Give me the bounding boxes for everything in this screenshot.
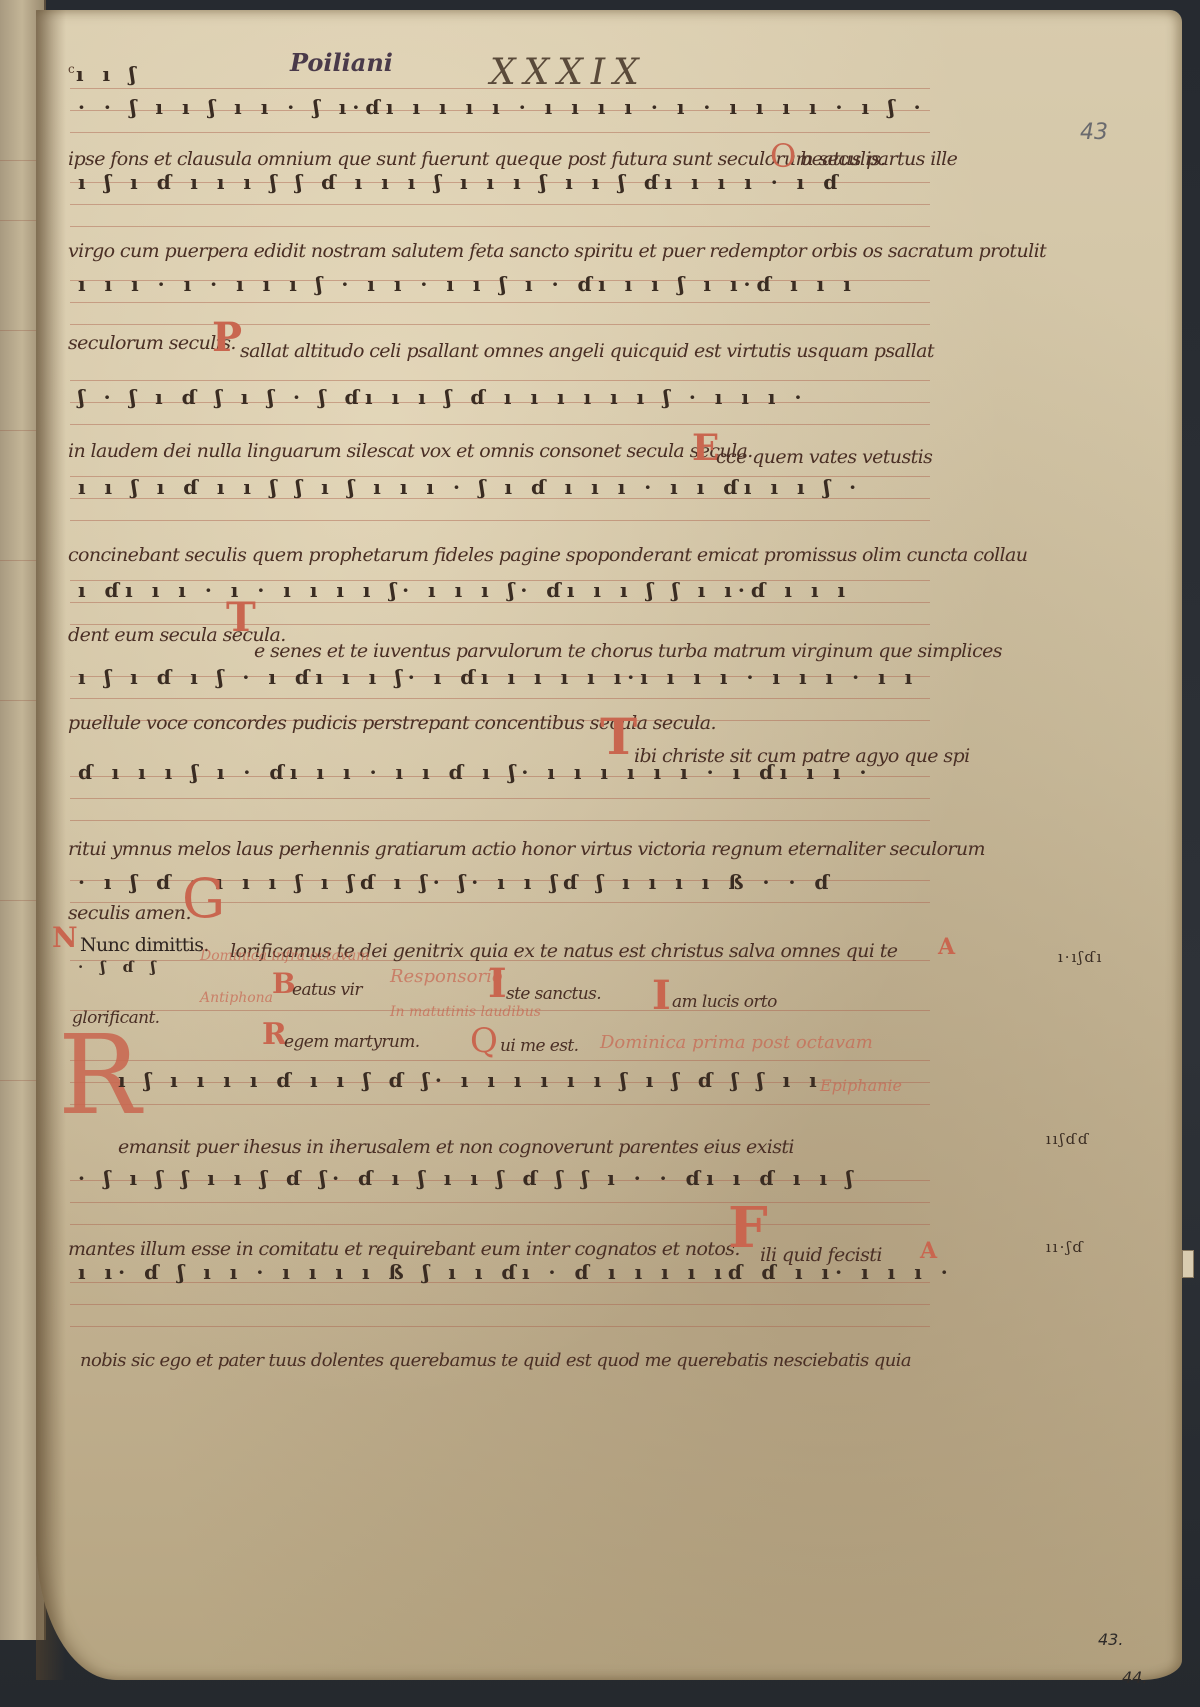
initial-Q: Q [470, 1024, 498, 1058]
text-line-6b: e senes et te iuventus parvulorum te cho… [254, 640, 1002, 662]
bottom-folio-number-2: 44. [1122, 1668, 1147, 1687]
text-line-1b: beatus partus ille [800, 148, 957, 170]
text-line-3b: sallat altitudo celi psallant omnes ange… [240, 340, 934, 362]
cue-iste-sanctus: ste sanctus. [506, 984, 601, 1004]
margin-cue-3: ıı·ʃɗ [1046, 1238, 1085, 1256]
text-line-3: seculorum seculis. [68, 332, 236, 354]
text-line-4b: cce quem vates vetustis [716, 446, 932, 468]
text-line-15: mantes illum esse in comitatu et require… [68, 1238, 740, 1260]
page-tab-marker [1182, 1250, 1194, 1278]
initial-N: N [52, 924, 78, 952]
c-clef: c [68, 62, 75, 76]
text-line-4: in laudem dei nulla linguarum silescat v… [68, 440, 753, 462]
rubric-responsorio: Responsorio [390, 966, 503, 987]
neume-line-3: ı ı ı · ı · ı ı ı ʃ · ı ı · ı ı ʃ ı · ɗı… [78, 272, 857, 296]
neume-line-7: ı ʃ ı ɗ ı ʃ · ı ɗı ı ı ʃ· ı ɗı ı ı ı ı ı… [78, 665, 918, 689]
rubric-epiphanie: Epiphanie [820, 1076, 902, 1095]
rubric-dominica: Dominica prima post octavam [600, 1032, 873, 1053]
neume-line-15: · ʃ ı ʃ ʃ ı ı ʃ ɗ ʃ· ɗ ı ʃ ı ı ʃ ɗ ʃ ʃ ı… [78, 1166, 859, 1190]
rubric-faded-2: Antiphona [200, 990, 273, 1006]
margin-cue-2: ııʃɗɗ [1046, 1130, 1090, 1148]
rubric-faded-1: Dominica infra octavam [200, 948, 369, 964]
cue-regem-martyrum: egem martyrum. [284, 1032, 420, 1052]
running-header: Poiliani [290, 48, 393, 77]
cue-iam-lucis-orto: am lucis orto [672, 992, 777, 1012]
nunc-dimittis-cue: Nunc dimittis. [80, 934, 209, 956]
neume-line-16: ı ı· ɗ ʃ ı ı · ı ı ı ı ß ʃ ı ı ɗı · ɗ ı … [78, 1260, 954, 1284]
neume-line-4: ʃ · ʃ ı ɗ ʃ ı ʃ · ʃ ɗı ı ı ʃ ɗ ı ı ı ı ı… [78, 385, 807, 409]
text-line-16: nobis sic ego et pater tuus dolentes que… [80, 1350, 911, 1371]
neume-line-0: ı ı ʃ [76, 62, 142, 86]
pencil-folio-number: 43 [1080, 120, 1108, 145]
initial-I-2: I [652, 976, 671, 1016]
neume-line-10: · ʃ ɗ ʃ [78, 958, 162, 976]
text-line-2: virgo cum puerpera edidit nostram salute… [68, 240, 1046, 262]
initial-T: T [226, 598, 256, 638]
initial-T-2: T [600, 712, 637, 762]
neume-line-6: ı ɗı ı ı · ı · ı ı ı ı ʃ· ı ı ı ʃ· ɗı ı … [78, 578, 851, 602]
neume-line-8: ɗ ı ı ı ʃ ı · ɗı ı ı · ı ı ɗ ı ʃ· ı ı ı … [78, 760, 872, 784]
end-mark-A: A [938, 936, 955, 958]
gutter-shadow [36, 10, 66, 1680]
neume-line-5: ı ı ʃ ı ɗ ı ı ʃ ʃ ı ʃ ı ı ı · ʃ ı ɗ ı ı … [78, 475, 862, 499]
initial-O: O [770, 140, 796, 172]
end-mark-A-2: A [920, 1240, 937, 1262]
text-line-1: ipse fons et clausula omnium que sunt fu… [68, 148, 885, 170]
cue-beatus-vir: eatus vir [292, 980, 362, 1000]
folio-roman-numeral: XXXIX [490, 52, 647, 93]
rubric-faded-3: In matutinis laudibus [390, 1004, 541, 1020]
margin-cue-1: ı·ıʃɗı [1058, 948, 1103, 966]
initial-G: G [182, 872, 225, 926]
neume-line-2: ı ʃ ı ɗ ı ı ı ʃ ʃ ɗ ı ı ı ʃ ı ı ı ʃ ı ı … [78, 170, 844, 194]
cue-qui-me-est: ui me est. [500, 1036, 578, 1056]
text-line-8: ritui ymnus melos laus perhennis gratiar… [68, 838, 985, 860]
initial-I: I [488, 964, 507, 1004]
bottom-folio-number-1: 43. [1098, 1630, 1123, 1649]
initial-P: P [212, 318, 242, 358]
text-line-9: seculis amen. [68, 902, 191, 924]
text-line-5: concinebant seculis quem prophetarum fid… [68, 544, 1027, 566]
text-line-14: emansit puer ihesus in iherusalem et non… [118, 1136, 794, 1158]
neume-line-1: · · ʃ ı ı ʃ ı ı · ʃ ı·ɗı ı ı ı ı · ı ı ı… [78, 95, 927, 119]
neume-line-14: ı ʃ ı ı ı ı ɗ ı ı ʃ ɗ ʃ· ı ı ı ı ı ı ʃ ı… [118, 1068, 823, 1092]
